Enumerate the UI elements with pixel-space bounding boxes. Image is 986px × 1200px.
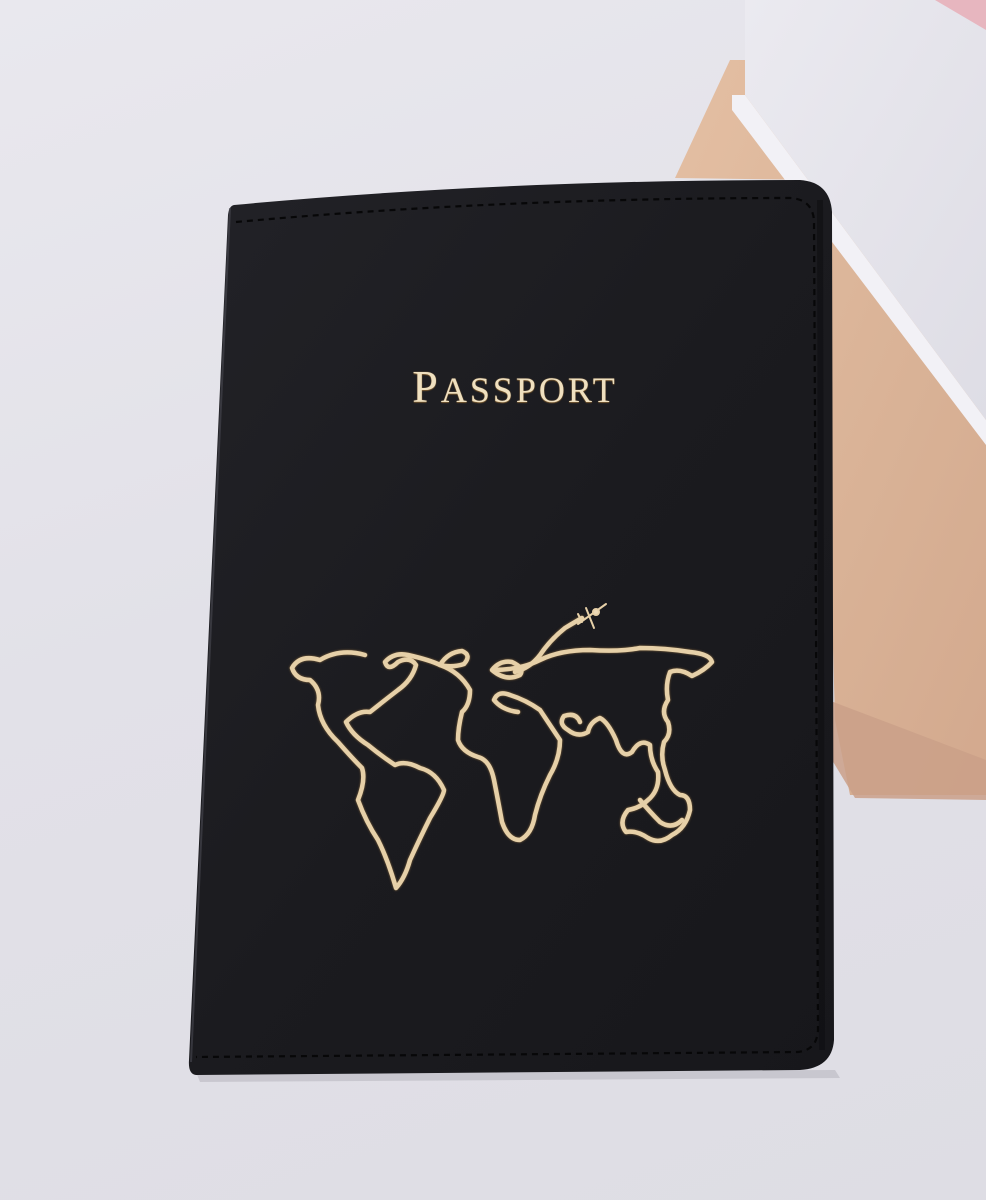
passport-title: PASSPORT bbox=[340, 360, 690, 413]
world-map-line-drawing-icon bbox=[0, 0, 986, 1200]
product-photo: PASSPORT bbox=[0, 0, 986, 1200]
title-rest: ASSPORT bbox=[441, 370, 618, 410]
title-initial: P bbox=[412, 361, 441, 412]
